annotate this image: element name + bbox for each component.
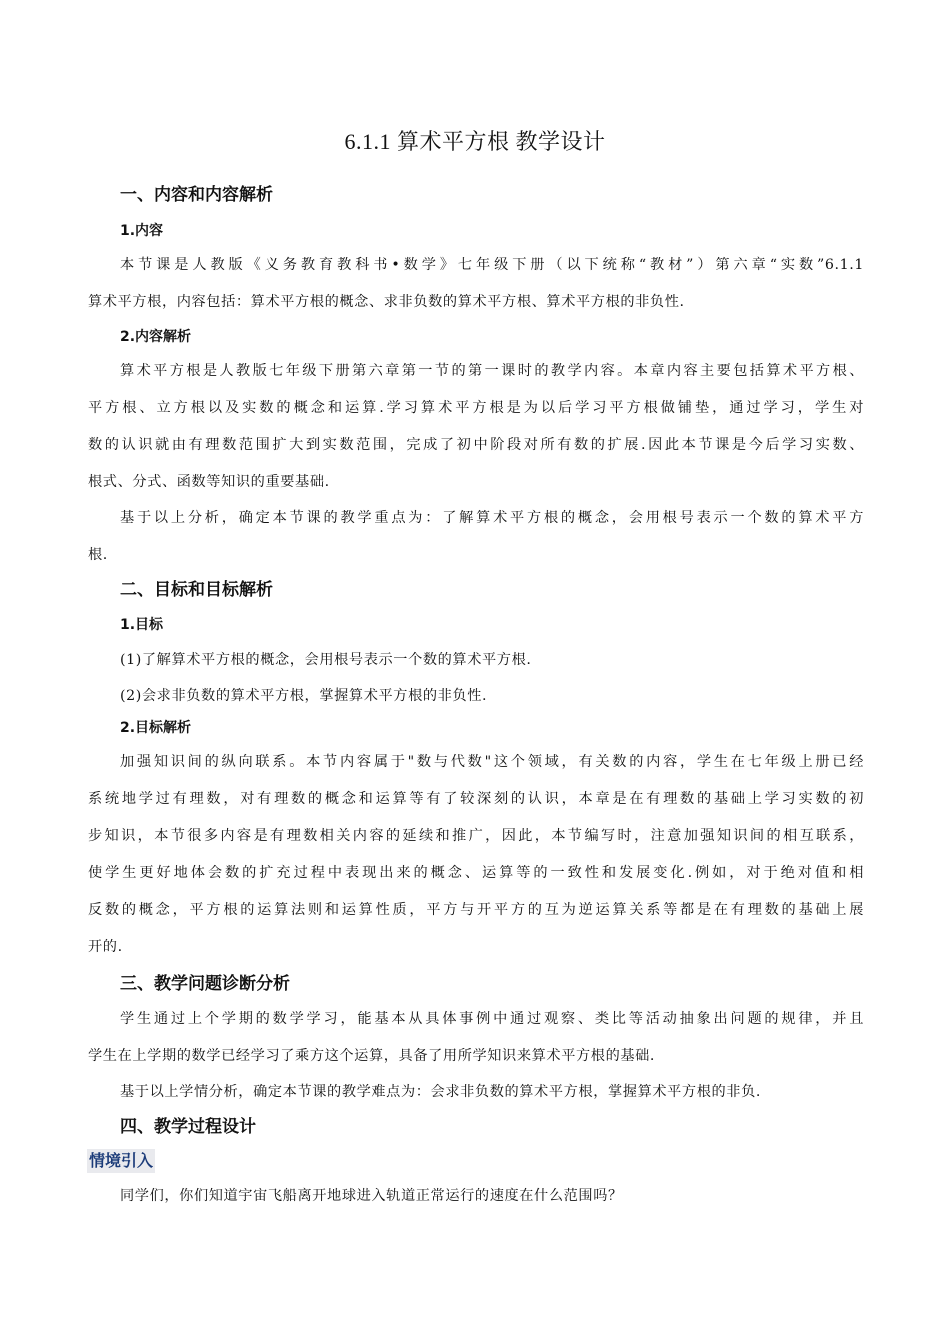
paragraph-line: 根式、分式、函数等知识的重要基础. xyxy=(88,472,330,492)
paragraph-line: 数的认识就由有理数范围扩大到实数范围，完成了初中阶段对所有数的扩展.因此本节课是… xyxy=(88,435,864,455)
subsection-heading-2-2: 2.目标解析 xyxy=(120,718,191,738)
paragraph-line: 反数的概念，平方根的运算法则和运算性质，平方与开平方的互为逆运算关系等都是在有理… xyxy=(88,900,864,920)
section-heading-4: 四、教学过程设计 xyxy=(120,1115,256,1139)
subsection-heading-1-2: 2.内容解析 xyxy=(120,327,191,347)
document-page: 6.1.1 算术平方根 教学设计 一、内容和内容解析 1.内容 本节课是人教版《… xyxy=(0,0,950,1344)
paragraph-line: 同学们，你们知道宇宙飞船离开地球进入轨道正常运行的速度在什么范围吗？ xyxy=(120,1186,623,1206)
paragraph-line: 本节课是人教版《义务教育教科书•数学》七年级下册（以下统称“教材”）第六章“实数… xyxy=(120,255,864,275)
paragraph-line: 算术平方根是人教版七年级下册第六章第一节的第一课时的教学内容。本章内容主要包括算… xyxy=(120,361,864,381)
paragraph-line: 基于以上分析，确定本节课的教学重点为：了解算术平方根的概念，会用根号表示一个数的… xyxy=(120,508,864,528)
scene-intro-heading: 情境引入 xyxy=(87,1149,155,1173)
paragraph-line: 步知识，本节很多内容是有理数相关内容的延续和推广，因此，本节编写时，注意加强知识… xyxy=(88,826,864,846)
paragraph-line: 根. xyxy=(88,545,108,565)
paragraph-line: 开的. xyxy=(88,937,123,957)
paragraph-line: 算术平方根，内容包括：算术平方根的概念、求非负数的算术平方根、算术平方根的非负性… xyxy=(88,292,685,312)
paragraph-line: 学生在上学期的数学已经学习了乘方这个运算，具备了用所学知识来算术平方根的基础. xyxy=(88,1046,655,1066)
paragraph-line: 基于以上学情分析，确定本节课的教学难点为：会求非负数的算术平方根，掌握算术平方根… xyxy=(120,1082,761,1102)
goal-item-1: (1)了解算术平方根的概念，会用根号表示一个数的算术平方根. xyxy=(120,650,531,670)
paragraph-line: 平方根、立方根以及实数的概念和运算.学习算术平方根是为以后学习平方根做铺垫，通过… xyxy=(88,398,864,418)
goal-item-2: (2)会求非负数的算术平方根，掌握算术平方根的非负性. xyxy=(120,686,487,706)
section-heading-3: 三、教学问题诊断分析 xyxy=(120,972,290,996)
subsection-heading-1-1: 1.内容 xyxy=(120,221,163,241)
section-heading-2: 二、目标和目标解析 xyxy=(120,578,273,602)
paragraph-line: 学生通过上个学期的数学学习，能基本从具体事例中通过观察、类比等活动抽象出问题的规… xyxy=(120,1009,864,1029)
section-heading-1: 一、内容和内容解析 xyxy=(120,183,273,207)
paragraph-line: 加强知识间的纵向联系。本节内容属于"数与代数"这个领域，有关数的内容，学生在七年… xyxy=(120,752,864,772)
paragraph-line: 系统地学过有理数，对有理数的概念和运算等有了较深刻的认识，本章是在有理数的基础上… xyxy=(88,789,864,809)
document-title: 6.1.1 算术平方根 教学设计 xyxy=(0,126,950,158)
subsection-heading-2-1: 1.目标 xyxy=(120,615,163,635)
paragraph-line: 使学生更好地体会数的扩充过程中表现出来的概念、运算等的一致性和发展变化.例如，对… xyxy=(88,863,864,883)
